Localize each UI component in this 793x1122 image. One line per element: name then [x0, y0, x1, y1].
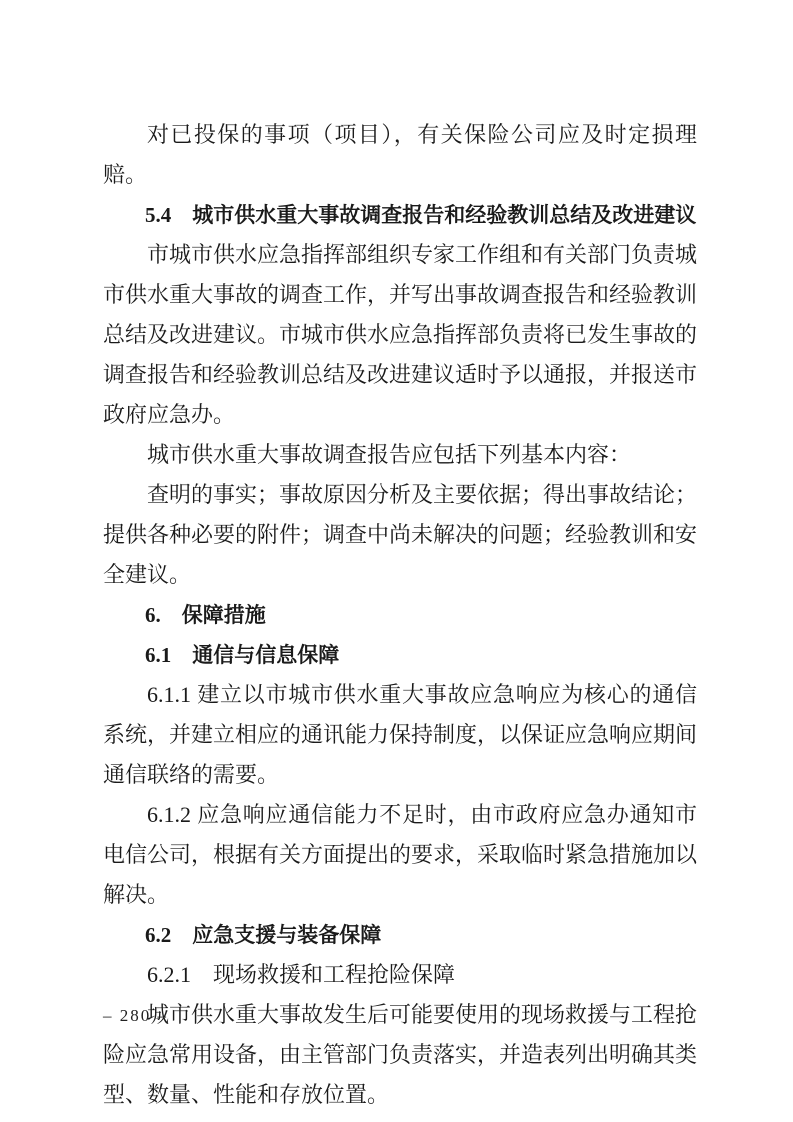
document-content: 对已投保的事项（项目），有关保险公司应及时定损理赔。5.4 城市供水重大事故调查… — [103, 115, 697, 1115]
document-page: 对已投保的事项（项目），有关保险公司应及时定损理赔。5.4 城市供水重大事故调查… — [0, 0, 793, 1122]
paragraph: 6.1.1 建立以市城市供水重大事故应急响应为核心的通信系统，并建立相应的通讯能… — [103, 675, 697, 795]
paragraph: 市城市供水应急指挥部组织专家工作组和有关部门负责城市供水重大事故的调查工作，并写… — [103, 235, 697, 435]
section-heading: 6.2 应急支援与装备保障 — [103, 915, 697, 955]
section-heading: 6. 保障措施 — [103, 595, 697, 635]
paragraph: 查明的事实；事故原因分析及主要依据；得出事故结论；提供各种必要的附件；调查中尚未… — [103, 475, 697, 595]
page-number: – 280 – — [103, 1006, 168, 1025]
paragraph: 城市供水重大事故发生后可能要使用的现场救援与工程抢险应急常用设备，由主管部门负责… — [103, 995, 697, 1115]
section-heading: 5.4 城市供水重大事故调查报告和经验教训总结及改进建议 — [103, 195, 697, 235]
paragraph: 6.2.1 现场救援和工程抢险保障 — [103, 955, 697, 995]
paragraph: 对已投保的事项（项目），有关保险公司应及时定损理赔。 — [103, 115, 697, 195]
paragraph: 城市供水重大事故调查报告应包括下列基本内容： — [103, 435, 697, 475]
page-footer: – 280 – — [103, 1004, 168, 1028]
paragraph: 6.1.2 应急响应通信能力不足时，由市政府应急办通知市电信公司，根据有关方面提… — [103, 795, 697, 915]
section-heading: 6.1 通信与信息保障 — [103, 635, 697, 675]
